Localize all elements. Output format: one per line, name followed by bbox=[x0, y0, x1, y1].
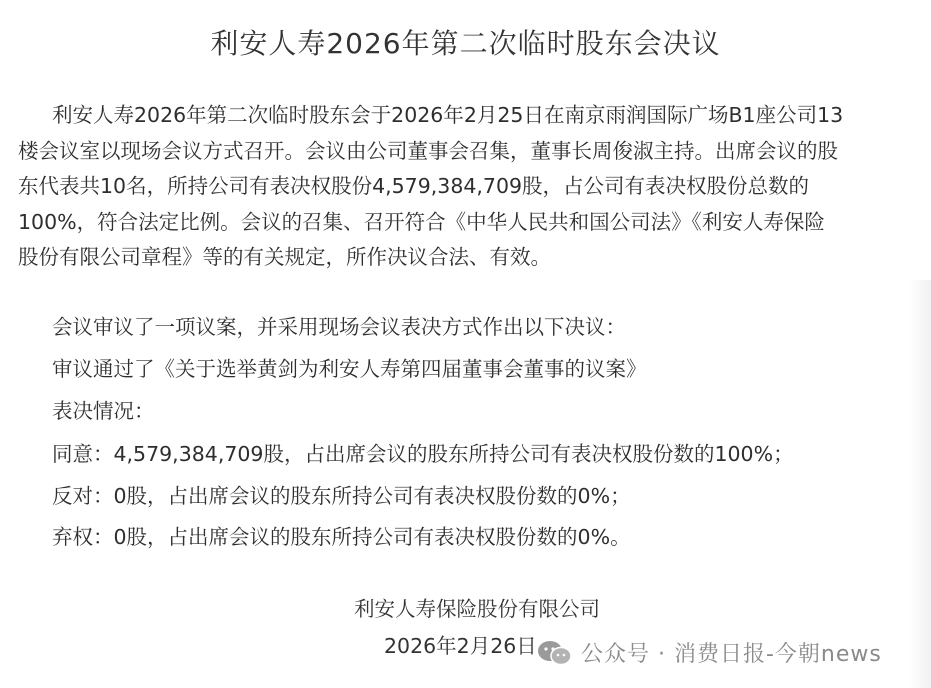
intro-line: 东代表共10名，所持公司有表决权股份4,579,384,709股，占公司有表决权… bbox=[18, 169, 918, 205]
watermark-text: 公众号 · 消费日报-今朝news bbox=[581, 637, 882, 668]
intro-line: 100%，符合法定比例。会议的召集、召开符合《中华人民共和国公司法》《利安人寿保… bbox=[18, 205, 918, 241]
vote-heading: 表决情况： bbox=[52, 394, 155, 424]
intro-line: 利安人寿2026年第二次临时股东会于2026年2月25日在南京雨润国际广场B1座… bbox=[18, 98, 918, 134]
review-statement: 会议审议了一项议案，并采用现场会议表决方式作出以下决议： bbox=[52, 310, 626, 340]
intro-line: 股份有限公司章程》等的有关规定，所作决议合法、有效。 bbox=[18, 240, 918, 276]
wechat-icon bbox=[535, 638, 575, 668]
resolution-title: 审议通过了《关于选举黄剑为利安人寿第四届董事会董事的议案》 bbox=[52, 352, 647, 382]
vote-against: 反对：0股，占出席会议的股东所持公司有表决权股份数的0%； bbox=[52, 479, 631, 509]
vote-abstain: 弃权：0股，占出席会议的股东所持公司有表决权股份数的0%。 bbox=[52, 520, 631, 550]
intro-paragraph: 利安人寿2026年第二次临时股东会于2026年2月25日在南京雨润国际广场B1座… bbox=[18, 98, 918, 276]
signature-date: 2026年2月26日 bbox=[384, 629, 537, 659]
vote-for: 同意：4,579,384,709股，占出席会议的股东所持公司有表决权股份数的10… bbox=[52, 437, 794, 467]
intro-line: 楼会议室以现场会议方式召开。会议由公司董事会召集，董事长周俊淑主持。出席会议的股 bbox=[18, 134, 918, 170]
watermark: 公众号 · 消费日报-今朝news bbox=[535, 637, 882, 668]
page-edge-shadow bbox=[909, 280, 931, 688]
document-title: 利安人寿2026年第二次临时股东会决议 bbox=[0, 22, 931, 62]
signature-company: 利安人寿保险股份有限公司 bbox=[354, 592, 600, 622]
